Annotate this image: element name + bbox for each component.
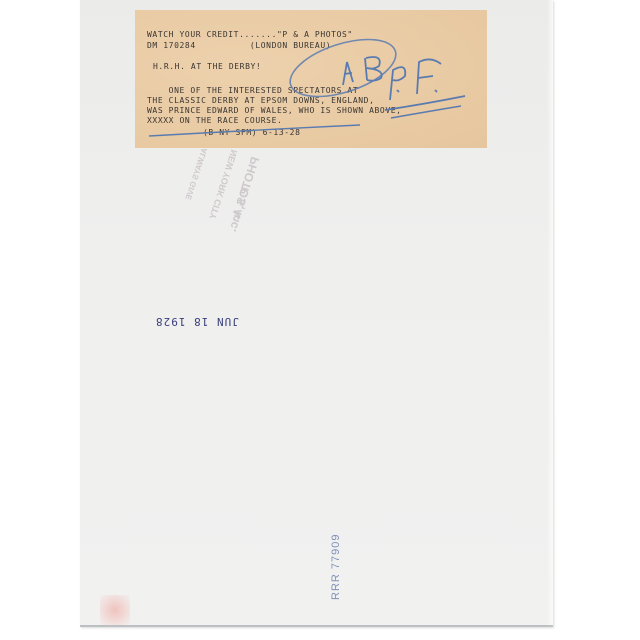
- body-line-2: THE CLASSIC DERBY AT EPSOM DOWNS, ENGLAN…: [147, 96, 375, 106]
- caption-clipping: WATCH YOUR CREDIT......."P & A PHOTOS" D…: [135, 10, 487, 148]
- id-line: DM 170284 (LONDON BUREAU): [147, 41, 331, 51]
- date-received-stamp: JUN 18 1928: [155, 315, 239, 328]
- stain: [100, 595, 130, 625]
- body-line-4: XXXXX ON THE RACE COURSE.: [147, 116, 282, 126]
- body-line-1: ONE OF THE INTERESTED SPECTATORS AT: [147, 86, 358, 96]
- headline: H.R.H. AT THE DERBY!: [153, 62, 261, 72]
- dateline: (B NY SFM) 6-13-28: [203, 128, 301, 138]
- credit-line: WATCH YOUR CREDIT......."P & A PHOTOS": [147, 30, 353, 40]
- body-line-3: WAS PRINCE EDWARD OF WALES, WHO IS SHOWN…: [147, 106, 402, 116]
- photo-edge: [80, 625, 553, 627]
- archive-number: RRR 77909: [330, 534, 342, 600]
